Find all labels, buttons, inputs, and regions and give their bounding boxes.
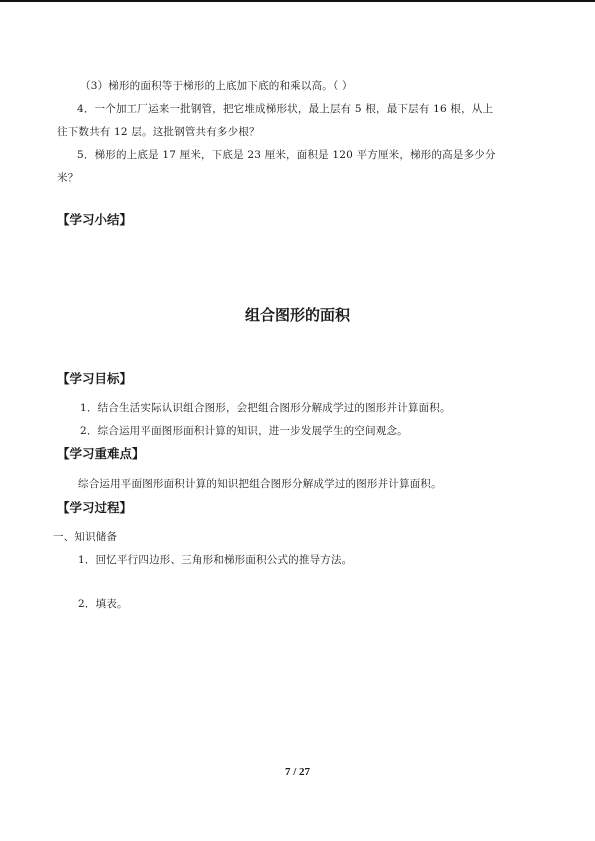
- page-number: 7 / 27: [0, 766, 595, 778]
- goals-heading: 【学习目标】: [57, 371, 132, 387]
- key-points-text: 综合运用平面图形面积计算的知识把组合图形分解成学过的图形并计算面积。: [78, 477, 442, 491]
- goal-item-2: 2．综合运用平面图形面积计算的知识，进一步发展学生的空间观念。: [80, 424, 408, 438]
- process-item-1: 1．回忆平行四边形、三角形和梯形面积公式的推导方法。: [78, 553, 352, 567]
- lesson-title: 组合图形的面积: [0, 305, 595, 325]
- question-4-line-2: 往下数共有 12 层。这批钢管共有多少根？: [57, 125, 260, 139]
- summary-heading: 【学习小结】: [57, 212, 132, 228]
- goal-item-1: 1．结合生活实际认识组合图形，会把组合图形分解成学过的图形并计算面积。: [80, 401, 451, 415]
- question-5-line-2: 米？: [57, 171, 78, 185]
- process-item-2: 2．填表。: [78, 597, 128, 611]
- process-heading: 【学习过程】: [57, 500, 132, 516]
- page-top-border: [0, 0, 595, 2]
- question-4-line-1: 4．一个加工厂运来一批钢管，把它堆成梯形状，最上层有 5 根，最下层有 16 根…: [77, 102, 493, 116]
- key-points-heading: 【学习重难点】: [57, 446, 145, 462]
- question-3-statement: （3）梯形的面积等于梯形的上底加下底的和乘以高。（ ）: [80, 79, 353, 93]
- question-5-line-1: 5．梯形的上底是 17 厘米，下底是 23 厘米，面积是 120 平方厘米，梯形…: [77, 148, 496, 162]
- process-part-1: 一、知识储备: [53, 530, 117, 544]
